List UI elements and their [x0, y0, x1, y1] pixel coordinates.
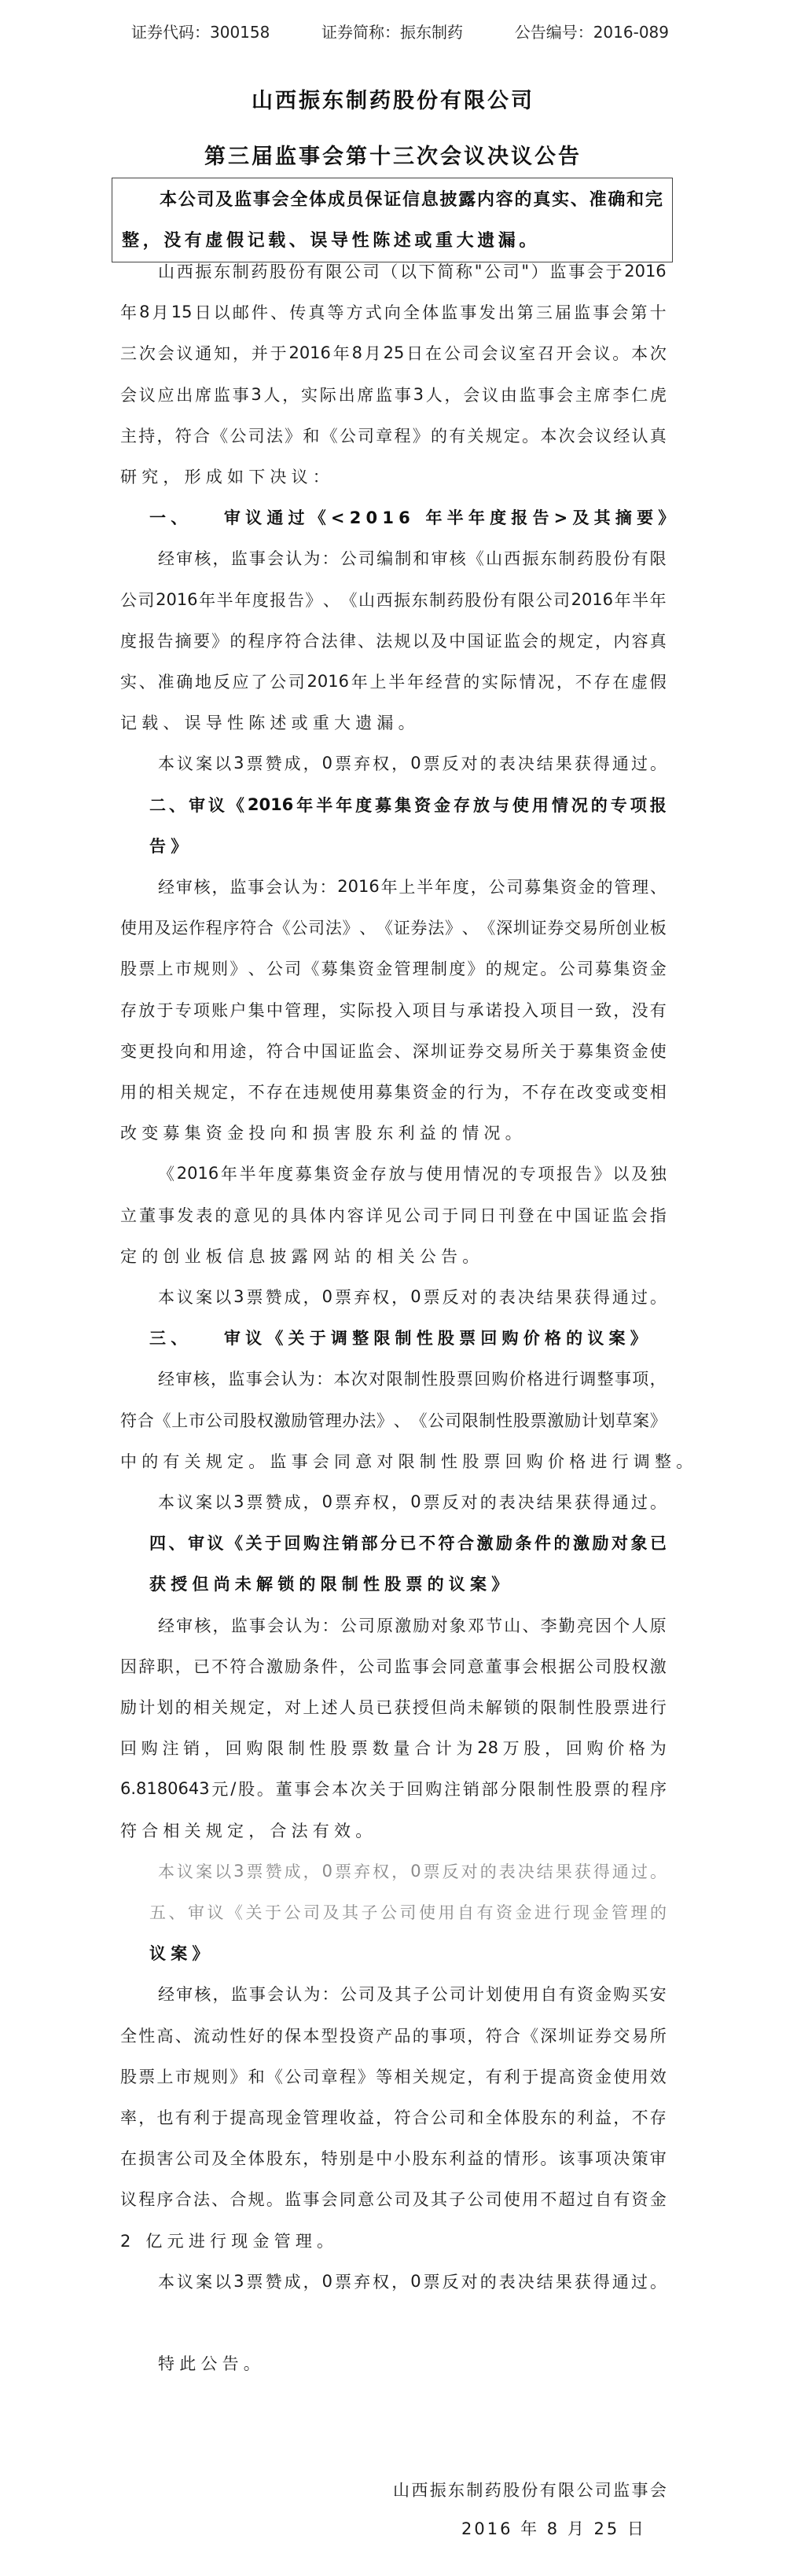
body-line: 股票上市规则》和《公司章程》等相关规定，有利于提高资金使用效 [120, 2064, 667, 2088]
body-line: 改变募集资金投向和损害股东利益的情况。 [120, 1121, 667, 1144]
body-line: 经审核，监事会认为：公司原激励对象邓节山、李勤亮因个人原 [158, 1613, 667, 1637]
body-line: 使用及运作程序符合《公司法》、《证券法》、《深圳证券交易所创业板 [120, 916, 667, 939]
body-line: 变更投向和用途，符合中国证监会、深圳证券交易所关于募集资金使 [120, 1039, 667, 1062]
body-line: 二、审议《2016年半年度募集资金存放与使用情况的专项报 [149, 793, 667, 816]
body-line: 记载、误导性陈述或重大遗漏。 [120, 710, 667, 734]
body-line: 山西振东制药股份有限公司（以下简称"公司"）监事会于2016 [158, 259, 667, 283]
body-line: 实、准确地反应了公司2016年上半年经营的实际情况，不存在虚假 [120, 670, 667, 693]
body-line: 率，也有利于提高现金管理收益，符合公司和全体股东的利益，不存 [120, 2105, 667, 2129]
company-title: 山西振东制药股份有限公司 [0, 83, 786, 114]
body-line: 度报告摘要》的程序符合法律、法规以及中国证监会的规定，内容真 [120, 629, 667, 652]
signature-date: 2016 年 8 月 25 日 [461, 2516, 600, 2540]
body-line: 回购注销，回购限制性股票数量合计为28万股，回购价格为 [120, 1736, 667, 1760]
body-line: 6.8180643元/股。董事会本次关于回购注销部分限制性股票的程序 [120, 1777, 667, 1800]
body-line: 会议应出席监事3人，实际出席监事3人，会议由监事会主席李仁虎 [120, 383, 667, 406]
signature-org: 山西振东制药股份有限公司监事会 [393, 2478, 667, 2501]
body-line: 特此公告。 [158, 2351, 667, 2375]
body-line: 经审核，监事会认为：公司编制和审核《山西振东制药股份有限 [158, 546, 667, 570]
notice-line-1: 本公司及监事会全体成员保证信息披露内容的真实、准确和完 [160, 186, 663, 210]
body-line: 经审核，监事会认为：本次对限制性股票回购价格进行调整事项， [158, 1367, 667, 1390]
body-line: 三次会议通知，并于2016年8月25日在公司会议室召开会议。本次 [120, 341, 667, 365]
body-line: 年8月15日以邮件、传真等方式向全体监事发出第三届监事会第十 [120, 300, 667, 324]
announcement-title: 第三届监事会第十三次会议决议公告 [0, 139, 786, 170]
body-line: 《2016年半年度募集资金存放与使用情况的专项报告》以及独 [158, 1161, 667, 1185]
body-line: 公司2016年半年度报告》、《山西振东制药股份有限公司2016年半年 [120, 588, 667, 611]
body-line: 用的相关规定，不存在违规使用募集资金的行为，不存在改变或变相 [120, 1080, 667, 1103]
body-line: 三、 审议《关于调整限制性股票回购价格的议案》 [149, 1326, 667, 1349]
notice-line-2: 整，没有虚假记载、误导性陈述或重大遗漏。 [122, 227, 663, 251]
disclosure-notice-box: 本公司及监事会全体成员保证信息披露内容的真实、准确和完 整，没有虚假记载、误导性… [112, 178, 673, 262]
body-line: 励计划的相关规定，对上述人员已获授但尚未解锁的限制性股票进行 [120, 1695, 667, 1719]
body-line: 本议案以3票赞成，0票弃权，0票反对的表决结果获得通过。 [158, 1490, 667, 1514]
body-line: 本议案以3票赞成，0票弃权，0票反对的表决结果获得通过。 [158, 1285, 667, 1308]
body-line: 本议案以3票赞成，0票弃权，0票反对的表决结果获得通过。 [158, 2270, 667, 2293]
body-line: 一、 审议通过《<2016 年半年度报告>及其摘要》 [149, 505, 667, 529]
body-line: 告》 [149, 834, 667, 857]
body-line: 立董事发表的意见的具体内容详见公司于同日刊登在中国证监会指 [120, 1203, 667, 1227]
body-line: 符合《上市公司股权激励管理办法》、《公司限制性股票激励计划草案》 [120, 1408, 667, 1432]
body-line: 经审核，监事会认为：2016年上半年度，公司募集资金的管理、 [158, 875, 667, 898]
body-line: 全性高、流动性好的保本型投资产品的事项，符合《深圳证券交易所 [120, 2024, 667, 2047]
announcement-number: 公告编号：2016-089 [515, 20, 669, 42]
body-line: 因辞职，已不符合激励条件，公司监事会同意董事会根据公司股权激 [120, 1654, 667, 1678]
body-line: 2 亿元进行现金管理。 [120, 2229, 667, 2252]
body-line: 符合相关规定，合法有效。 [120, 1818, 667, 1842]
body-line: 本议案以3票赞成，0票弃权，0票反对的表决结果获得通过。 [158, 1859, 667, 1883]
body-line: 经审核，监事会认为：公司及其子公司计划使用自有资金购买安 [158, 1982, 667, 2005]
announcement-meta: 证券代码：300158 证券简称：振东制药 公告编号：2016-089 [131, 17, 669, 44]
body-line: 获授但尚未解锁的限制性股票的议案》 [149, 1572, 667, 1595]
body-line: 在损害公司及全体股东，特别是中小股东利益的情形。该事项决策审 [120, 2146, 667, 2170]
body-line: 议案》 [149, 1941, 667, 1965]
body-line: 议程序合法、合规。监事会同意公司及其子公司使用不超过自有资金 [120, 2187, 667, 2211]
body-line: 股票上市规则》、公司《募集资金管理制度》的规定。公司募集资金 [120, 956, 667, 980]
body-line: 定的创业板信息披露网站的相关公告。 [120, 1244, 667, 1268]
body-line: 研究，形成如下决议： [120, 464, 667, 488]
body-line: 主持，符合《公司法》和《公司章程》的有关规定。本次会议经认真 [120, 424, 667, 447]
stock-code: 证券代码：300158 [131, 20, 270, 42]
body-line: 中的有关规定。监事会同意对限制性股票回购价格进行调整。 [120, 1449, 667, 1473]
body-line: 四、审议《关于回购注销部分已不符合激励条件的激励对象已 [149, 1531, 667, 1554]
body-line: 五、审议《关于公司及其子公司使用自有资金进行现金管理的 [149, 1900, 667, 1924]
stock-name: 证券简称：振东制药 [321, 20, 463, 42]
body-line [120, 2310, 667, 2334]
body-line: 本议案以3票赞成，0票弃权，0票反对的表决结果获得通过。 [158, 751, 667, 775]
body-line: 存放于专项账户集中管理，实际投入项目与承诺投入项目一致，没有 [120, 998, 667, 1022]
